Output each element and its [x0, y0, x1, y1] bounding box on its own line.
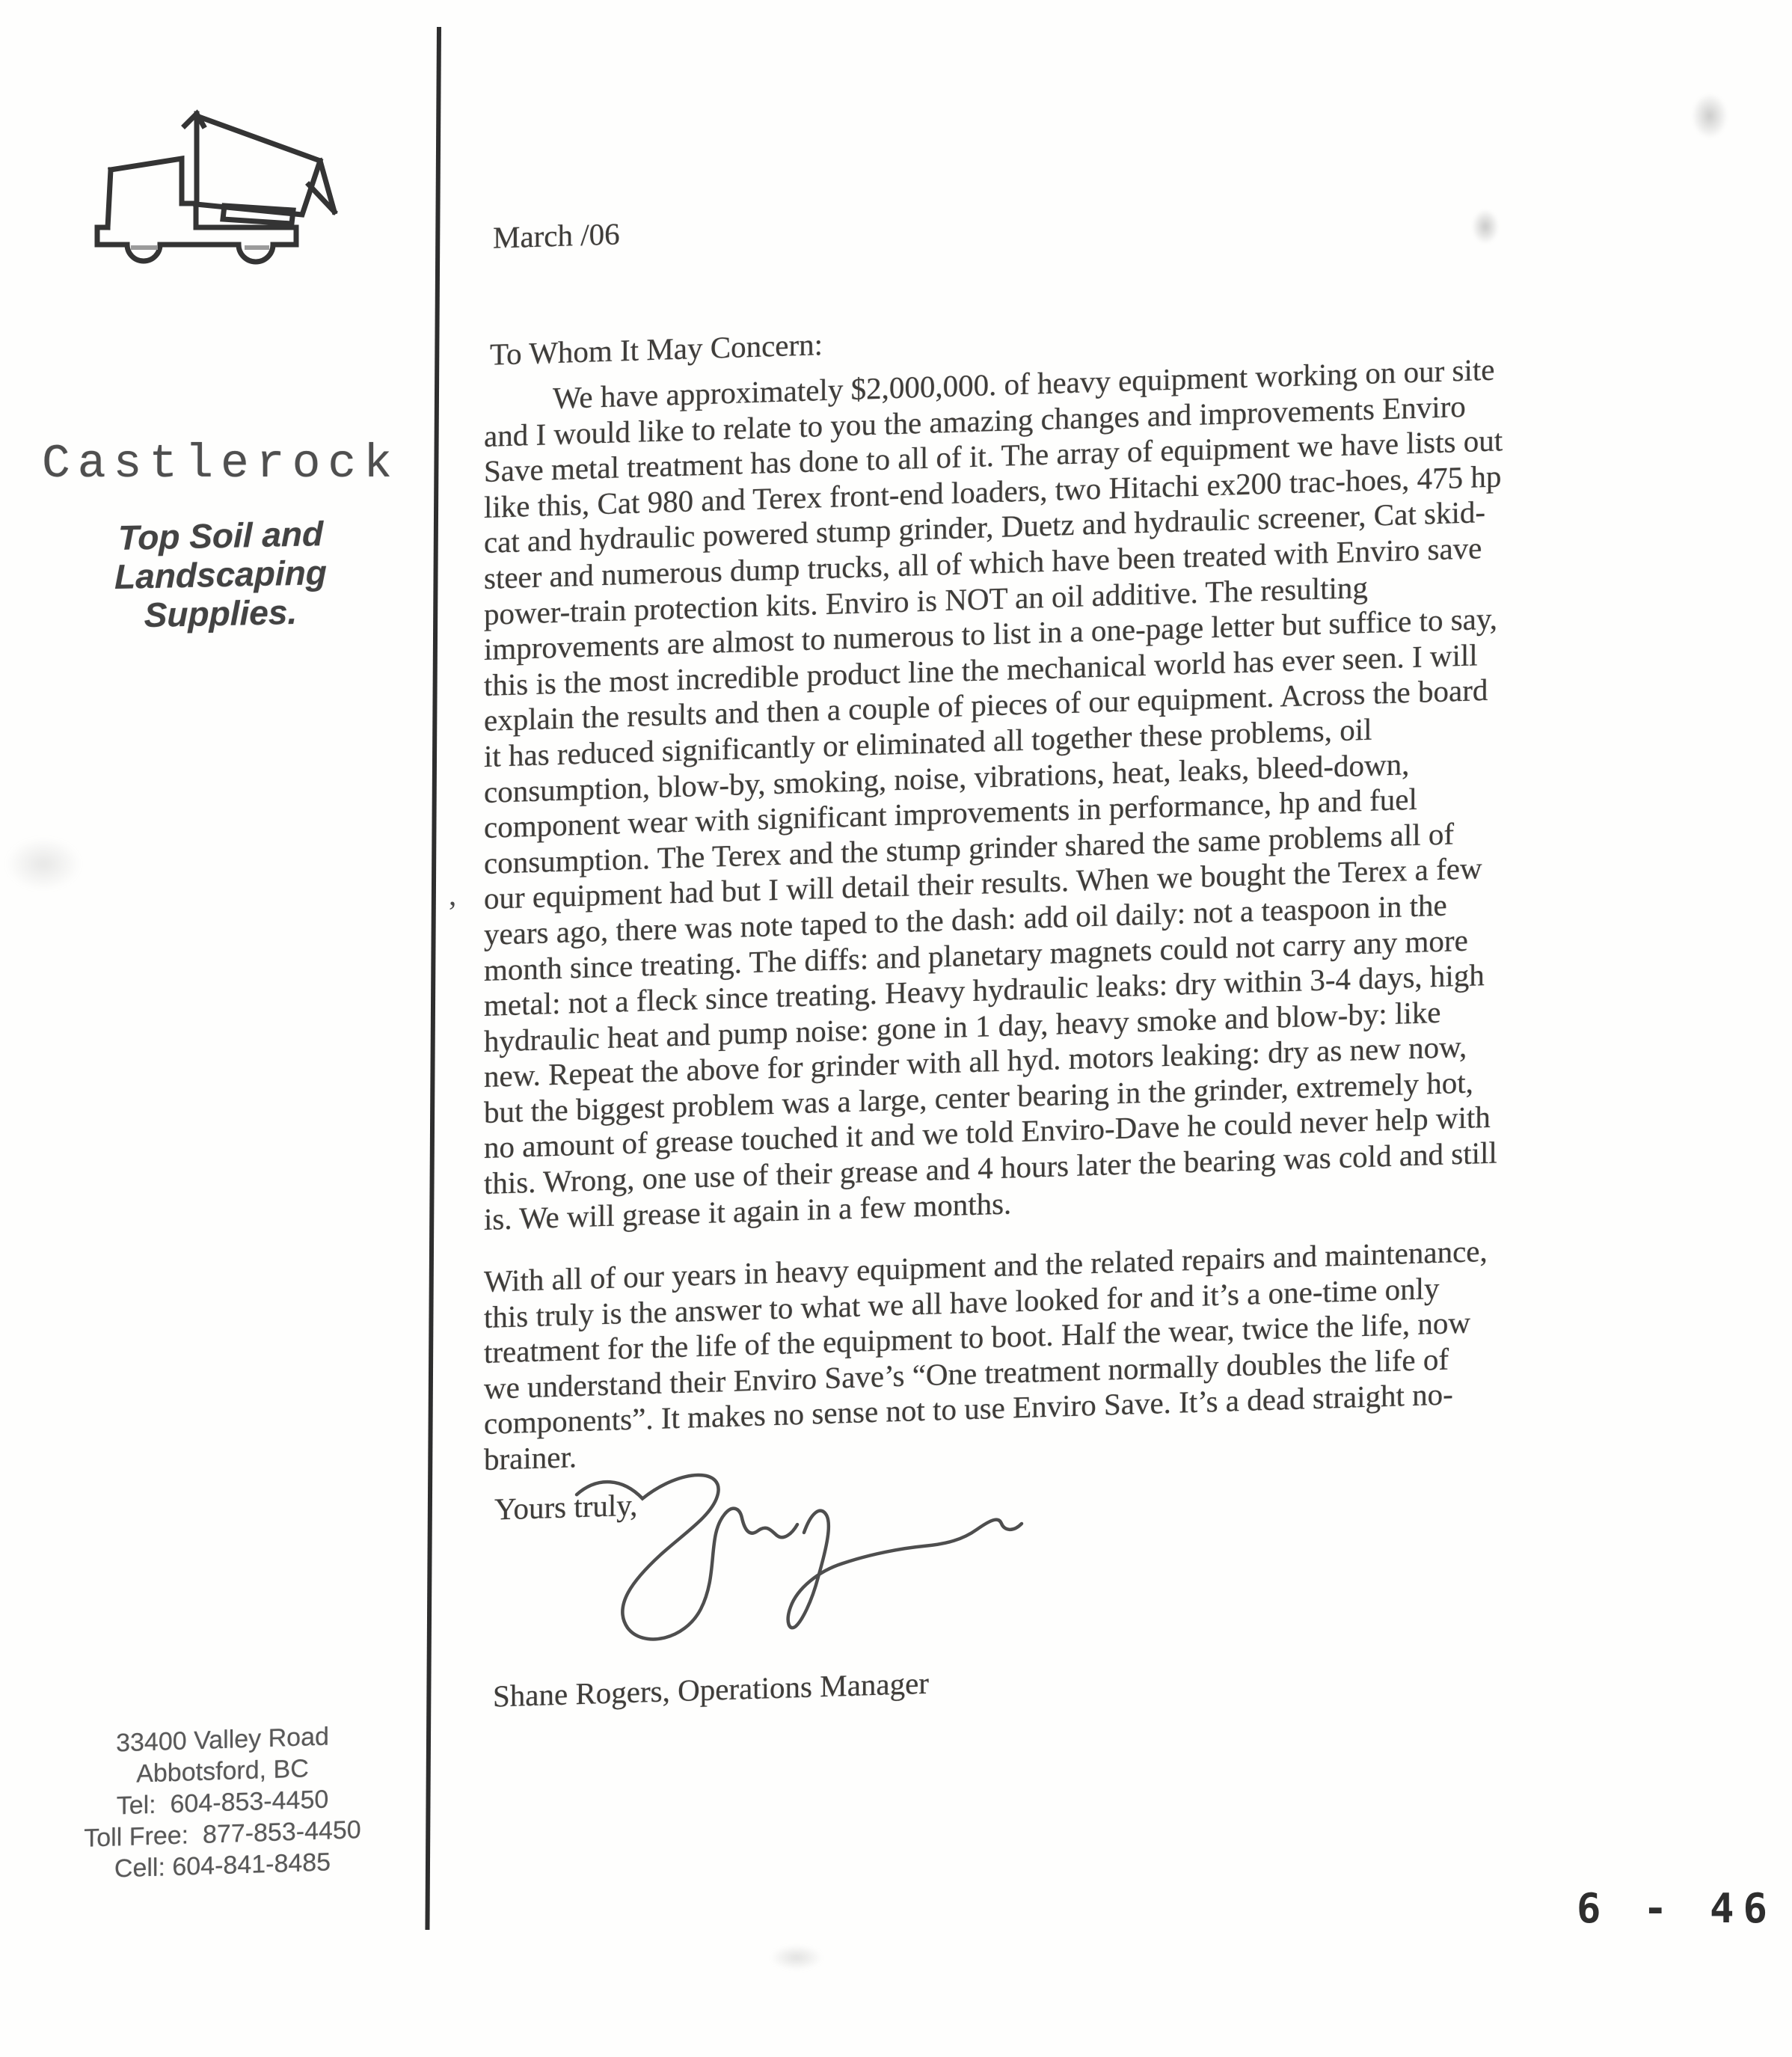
paragraph-2: With all of our years in heavy equipment… — [484, 1233, 1488, 1478]
letter-date: March /06 — [493, 215, 620, 255]
letter-body: March /06 To Whom It May Concern: We hav… — [482, 171, 1784, 2006]
tagline-line: Supplies. — [71, 591, 370, 636]
salutation: To Whom It May Concern: — [490, 326, 823, 373]
company-name: Castlerock — [30, 438, 411, 491]
scan-artifact — [1692, 93, 1728, 138]
stray-comma-mark: , — [449, 877, 456, 913]
page-number: 6 - 46 — [1577, 1885, 1776, 1932]
signature-name: Shane Rogers, Operations Manager — [493, 1665, 929, 1714]
paragraph-1: We have approximately $2,000,000. of hea… — [484, 352, 1503, 1237]
company-address: 33400 Valley RoadAbbotsford, BCTel: 604-… — [41, 1718, 404, 1886]
scanned-letter-page: Castlerock Top Soil andLandscapingSuppli… — [0, 0, 1792, 2057]
tagline-line: Landscaping — [71, 552, 370, 597]
letterhead-sidebar: Castlerock Top Soil andLandscapingSuppli… — [0, 0, 441, 2057]
company-tagline: Top Soil andLandscapingSupplies. — [71, 513, 370, 636]
dump-truck-logo-icon — [90, 105, 344, 273]
handwritten-signature — [571, 1450, 1057, 1675]
tagline-line: Top Soil and — [71, 513, 370, 558]
